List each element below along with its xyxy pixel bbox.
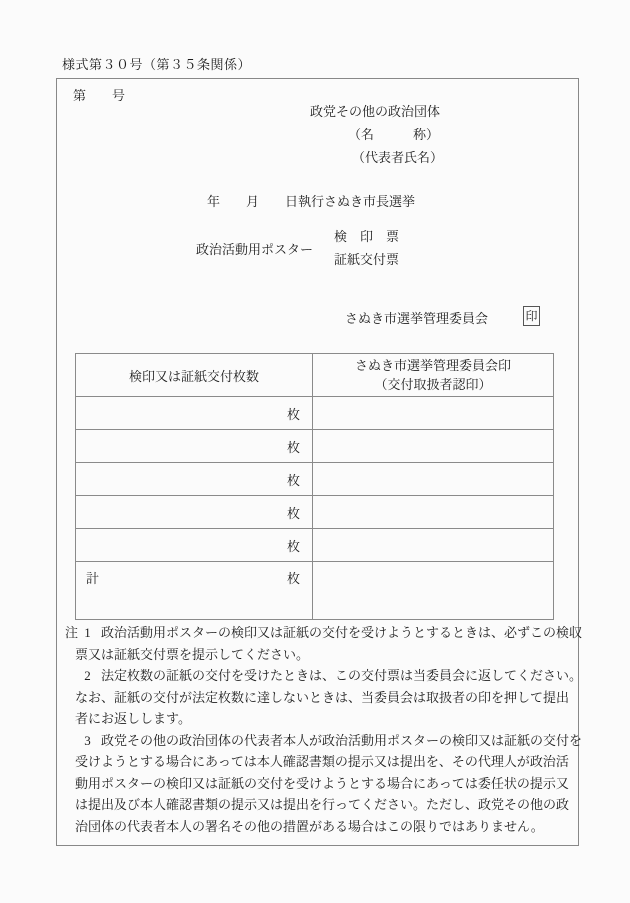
party-group-title: 政党その他の政治団体 <box>310 101 440 120</box>
party-name-label: （名 称） <box>348 124 439 143</box>
table-row: 枚 <box>76 463 554 496</box>
unit-label: 枚 <box>287 568 300 587</box>
note-text: 票又は証紙交付票を提示してください。 <box>75 644 571 666</box>
note-text: は提出及び本人確認書類の提示又は提出を行ってください。ただし、政党その他の政 <box>75 794 571 816</box>
note-number: 3 <box>81 730 94 752</box>
note-text: 動用ポスターの検印又は証紙の交付を受けようとする場合にあっては委任状の提示又 <box>75 773 571 795</box>
table-total-row: 計枚 <box>76 562 554 620</box>
unit-label: 枚 <box>287 536 300 555</box>
header-seal-line1: さぬき市選挙管理委員会印 <box>313 356 553 375</box>
header-seal-cell: さぬき市選挙管理委員会印 （交付取扱者認印） <box>313 354 554 397</box>
table-row: 枚 <box>76 496 554 529</box>
note-text: 治団体の代表者本人の署名その他の措置がある場合はこの限りではありません。 <box>75 816 571 838</box>
header-seal-line2: （交付取扱者認印） <box>313 375 553 394</box>
inspection-ticket-label: 検 印 票 <box>334 225 399 248</box>
certificate-ticket-label: 証紙交付票 <box>334 248 399 271</box>
header-count-cell: 検印又は証紙交付枚数 <box>76 354 313 397</box>
note-number: 1 <box>81 622 94 644</box>
seal-cell <box>313 562 554 620</box>
total-label: 計 <box>86 568 99 587</box>
note-number: 2 <box>81 665 94 687</box>
unit-label: 枚 <box>287 470 300 489</box>
unit-label: 枚 <box>287 404 300 423</box>
note-text: 政党その他の政治団体の代表者本人が政治活動用ポスターの検印又は証紙の交付を <box>101 733 582 748</box>
note-text: なお、証紙の交付が法定枚数に達しないときは、当委員会は取扱者の印を押して提出 <box>75 687 571 709</box>
note-text: 受けようとする場合にあっては本人確認書類の提示又は提出を、その代理人が政治活 <box>75 751 571 773</box>
form-style-label: 様式第３０号（第３５条関係） <box>62 54 251 73</box>
seal-placeholder: 印 <box>523 306 540 326</box>
unit-label: 枚 <box>287 437 300 456</box>
document-number: 第 号 <box>73 85 125 104</box>
table-row: 枚 <box>76 430 554 463</box>
table-header-row: 検印又は証紙交付枚数 さぬき市選挙管理委員会印 （交付取扱者認印） <box>76 354 554 397</box>
stamp-table-wrap: 検印又は証紙交付枚数 さぬき市選挙管理委員会印 （交付取扱者認印） 枚 枚 <box>75 353 554 620</box>
note-text: 法定枚数の証紙の交付を受けたときは、この交付票は当委員会に返してください。 <box>101 668 582 683</box>
table-row: 枚 <box>76 397 554 430</box>
note-text: 政治活動用ポスターの検印又は証紙の交付を受けようとするときは、必ずこの検収 <box>101 625 582 640</box>
stamp-table: 検印又は証紙交付枚数 さぬき市選挙管理委員会印 （交付取扱者認印） 枚 枚 <box>75 353 554 620</box>
ticket-label-stack: 検 印 票 証紙交付票 <box>334 225 399 271</box>
note-text: 者にお返しします。 <box>75 708 571 730</box>
note-item-3: 3政党その他の政治団体の代表者本人が政治活動用ポスターの検印又は証紙の交付を 受… <box>65 730 571 838</box>
note-item-1: 1政治活動用ポスターの検印又は証紙の交付を受けようとするときは、必ずこの検収 票… <box>65 622 571 665</box>
seal-cell <box>313 463 554 496</box>
notes-section: 注 1政治活動用ポスターの検印又は証紙の交付を受けようとするときは、必ずこの検収… <box>65 622 571 837</box>
poster-label: 政治活動用ポスター <box>196 239 313 258</box>
party-representative-label: （代表者氏名） <box>352 147 443 166</box>
note-item-2: 2法定枚数の証紙の交付を受けたときは、この交付票は当委員会に返してください。 な… <box>65 665 571 730</box>
seal-cell <box>313 430 554 463</box>
table-row: 枚 <box>76 529 554 562</box>
form-border-box: 第 号 政党その他の政治団体 （名 称） （代表者氏名） 年 月 日執行さぬき市… <box>56 78 579 846</box>
notes-marker: 注 <box>65 622 78 644</box>
seal-cell <box>313 496 554 529</box>
unit-label: 枚 <box>287 503 300 522</box>
seal-cell <box>313 529 554 562</box>
seal-cell <box>313 397 554 430</box>
election-date-line: 年 月 日執行さぬき市長選挙 <box>207 191 415 210</box>
committee-name: さぬき市選挙管理委員会 <box>345 308 488 327</box>
poster-ticket-group: 政治活動用ポスター 検 印 票 証紙交付票 <box>196 225 399 271</box>
header-count-label: 検印又は証紙交付枚数 <box>129 369 259 384</box>
document-page: 様式第３０号（第３５条関係） 第 号 政党その他の政治団体 （名 称） （代表者… <box>0 0 630 903</box>
